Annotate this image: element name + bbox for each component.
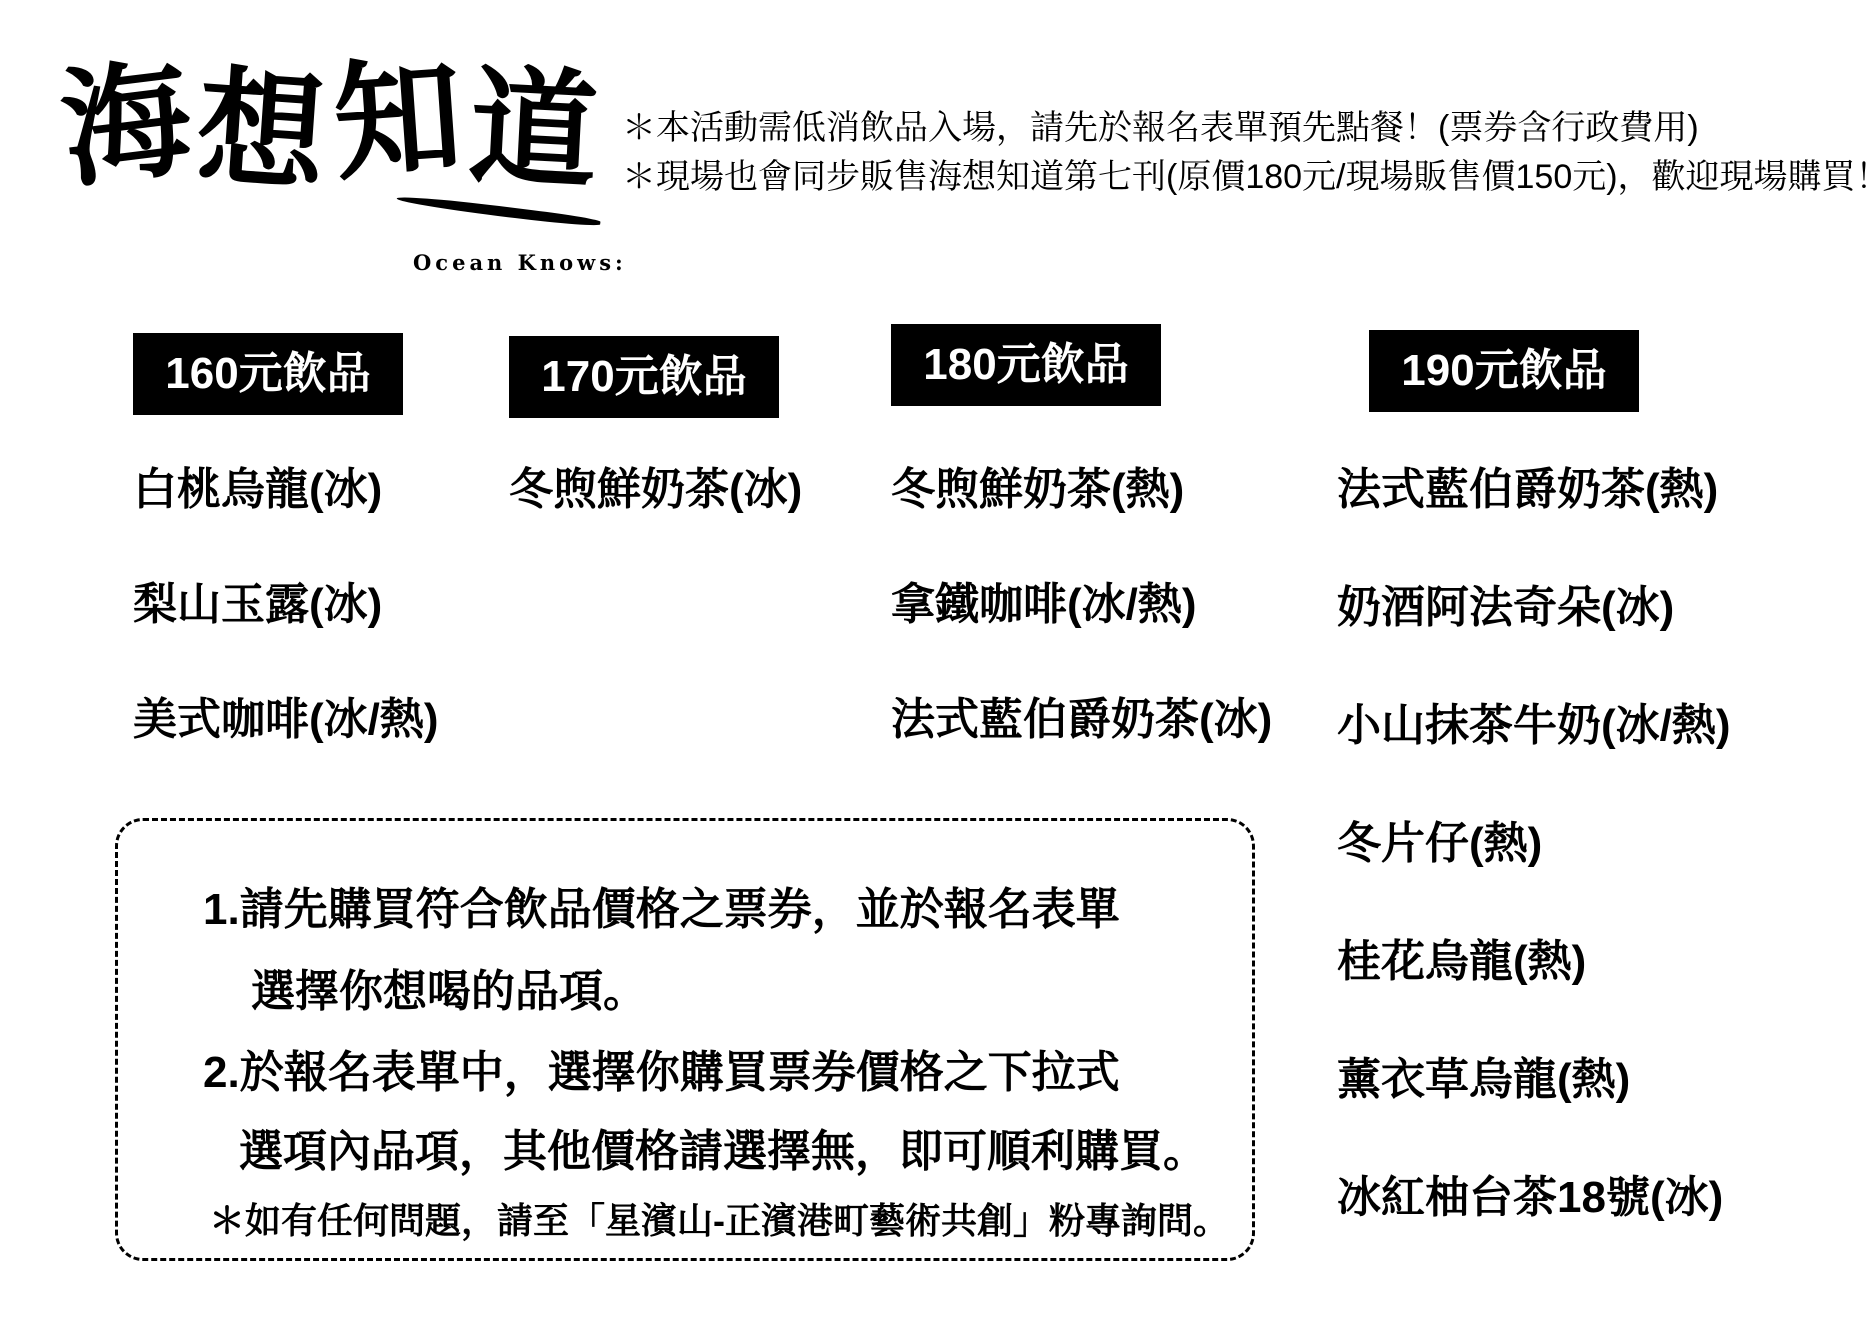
price-header-170: 170元飲品 xyxy=(509,336,779,418)
menu-item: 冬煦鮮奶茶(冰) xyxy=(509,466,802,514)
event-notes: ＊本活動需低消飲品入場，請先於報名表單預先點餐！(票券含行政費用) ＊現場也會同… xyxy=(622,104,1873,202)
price-header-160: 160元飲品 xyxy=(133,333,403,415)
menu-item: 薰衣草烏龍(熱) xyxy=(1337,1056,1731,1104)
ordering-instructions-box: 1.請先購買符合飲品價格之票券，並於報名表單 選擇你想喝的品項。 2.於報名表單… xyxy=(115,818,1255,1261)
note-line-2: ＊現場也會同步販售海想知道第七刊(原價180元/現場販售價150元)，歡迎現場購… xyxy=(622,153,1873,202)
menu-item: 美式咖啡(冰/熱) xyxy=(133,696,439,744)
menu-item: 冬片仔(熱) xyxy=(1337,820,1731,868)
brand-logo-title: 海想知道 xyxy=(62,58,606,186)
instruction-contact-note: ＊如有任何問題，請至「星濱山-正濱港町藝術共創」粉專詢問。 xyxy=(209,1193,1229,1244)
note-line-1: ＊本活動需低消飲品入場，請先於報名表單預先點餐！(票券含行政費用) xyxy=(622,104,1873,153)
menu-item: 法式藍伯爵奶茶(熱) xyxy=(1337,466,1731,514)
price-header-180: 180元飲品 xyxy=(891,324,1161,406)
menu-item: 梨山玉露(冰) xyxy=(133,581,439,629)
drink-list-190: 法式藍伯爵奶茶(熱) 奶酒阿法奇朵(冰) 小山抹茶牛奶(冰/熱) 冬片仔(熱) … xyxy=(1337,466,1731,1292)
drink-list-170: 冬煦鮮奶茶(冰) xyxy=(509,466,802,581)
instruction-line-2: 2.於報名表單中，選擇你購買票券價格之下拉式 xyxy=(203,1036,1120,1100)
menu-item: 桂花烏龍(熱) xyxy=(1337,938,1731,986)
logo-char-zhi: 知 xyxy=(330,51,475,188)
menu-item: 法式藍伯爵奶茶(冰) xyxy=(891,696,1272,744)
drink-list-180: 冬煦鮮奶茶(熱) 拿鐵咖啡(冰/熱) 法式藍伯爵奶茶(冰) xyxy=(891,466,1272,811)
brand-logo: 海想知道 Ocean Knows: xyxy=(58,48,558,248)
menu-item: 小山抹茶牛奶(冰/熱) xyxy=(1337,702,1731,750)
logo-char-dao: 道 xyxy=(466,63,609,198)
brand-subtitle: Ocean Knows: xyxy=(413,250,627,275)
menu-item: 白桃烏龍(冰) xyxy=(133,466,439,514)
menu-item: 冰紅柚台茶18號(冰) xyxy=(1337,1174,1731,1222)
logo-char-hai: 海 xyxy=(55,52,206,196)
logo-char-xiang: 想 xyxy=(193,63,338,200)
menu-item: 拿鐵咖啡(冰/熱) xyxy=(891,581,1272,629)
menu-item: 奶酒阿法奇朵(冰) xyxy=(1337,584,1731,632)
drink-list-160: 白桃烏龍(冰) 梨山玉露(冰) 美式咖啡(冰/熱) xyxy=(133,466,439,811)
drink-menu-page: 海想知道 Ocean Knows: ＊本活動需低消飲品入場，請先於報名表單預先點… xyxy=(0,0,1873,1338)
instruction-line-2b: 選項內品項，其他價格請選擇無，即可順利購買。 xyxy=(239,1115,1207,1179)
instruction-line-1b: 選擇你想喝的品項。 xyxy=(251,955,647,1019)
instruction-line-1: 1.請先購買符合飲品價格之票券，並於報名表單 xyxy=(203,873,1120,937)
menu-item: 冬煦鮮奶茶(熱) xyxy=(891,466,1272,514)
price-header-190: 190元飲品 xyxy=(1369,330,1639,412)
